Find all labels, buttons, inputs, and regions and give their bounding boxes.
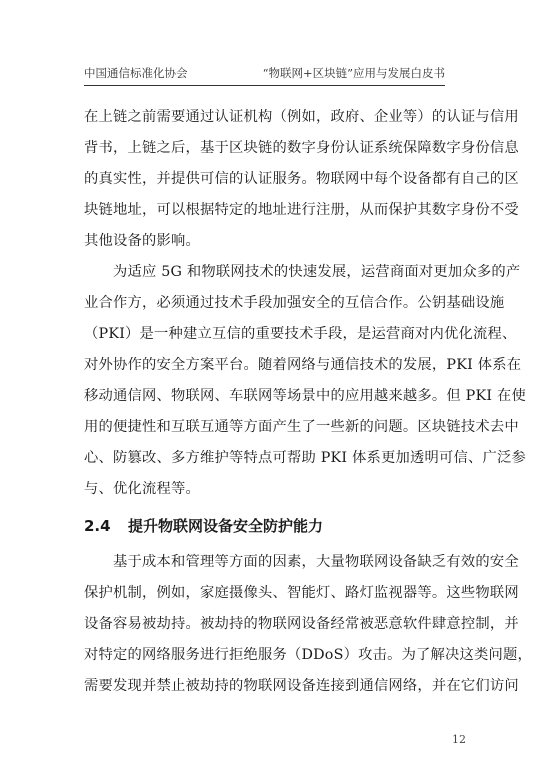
page-header: 中国通信标准化协会 “物联网+区块链”应用与发展白皮书: [84, 63, 445, 86]
text-line: 心、防篡改、多方维护等特点可帮助 PKI 体系更加透明可信、广泛参: [84, 443, 467, 474]
text-line: 需要发现并禁止被劫持的物联网设备连接到通信网络，并在它们访问: [84, 671, 467, 702]
text-line: 为适应 5G 和物联网技术的快速发展，运营商面对更加众多的产: [84, 257, 467, 288]
text-line: 用的便捷性和互联互通等方面产生了一些新的问题。区块链技术去中: [84, 412, 467, 443]
text-line: 的真实性，并提供可信的认证服务。物联网中每个设备都有自己的区: [84, 164, 467, 195]
text-line: 与、优化流程等。: [84, 474, 467, 505]
header-organization: 中国通信标准化协会: [84, 65, 188, 81]
section-title: 提升物联网设备安全防护能力: [128, 517, 323, 535]
page-number: 12: [452, 733, 466, 746]
paragraph: 在上链之前需要通过认证机构（例如，政府、企业等）的认证与信用 背书，上链之后，基…: [84, 102, 467, 257]
text-line: 移动通信网、物联网、车联网等场景中的应用越来越多。但 PKI 在使: [84, 381, 467, 412]
paragraph: 为适应 5G 和物联网技术的快速发展，运营商面对更加众多的产 业合作方，必须通过…: [84, 257, 467, 505]
text-line: 基于成本和管理等方面的因素，大量物联网设备缺乏有效的安全: [84, 547, 467, 578]
text-line: 保护机制，例如，家庭摄像头、智能灯、路灯监视器等。这些物联网: [84, 578, 467, 609]
paragraph: 基于成本和管理等方面的因素，大量物联网设备缺乏有效的安全 保护机制，例如，家庭摄…: [84, 547, 467, 702]
text-line: （PKI）是一种建立互信的重要技术手段，是运营商对内优化流程、: [84, 319, 467, 350]
section-heading: 2.4提升物联网设备安全防护能力: [84, 505, 467, 547]
header-document-title: “物联网+区块链”应用与发展白皮书: [263, 65, 445, 81]
text-line: 其他设备的影响。: [84, 226, 467, 257]
text-line: 在上链之前需要通过认证机构（例如，政府、企业等）的认证与信用: [84, 102, 467, 133]
text-line: 背书，上链之后，基于区块链的数字身份认证系统保障数字身份信息: [84, 133, 467, 164]
text-line: 业合作方，必须通过技术手段加强安全的互信合作。公钥基础设施: [84, 288, 467, 319]
section-number: 2.4: [84, 505, 128, 547]
text-line: 对外协作的安全方案平台。随着网络与通信技术的发展，PKI 体系在: [84, 350, 467, 381]
text-line: 对特定的网络服务进行拒绝服务（DDoS）攻击。为了解决这类问题，: [84, 640, 467, 671]
page-body: 在上链之前需要通过认证机构（例如，政府、企业等）的认证与信用 背书，上链之后，基…: [84, 102, 467, 702]
text-line: 设备容易被劫持。被劫持的物联网设备经常被恶意软件肆意控制，并: [84, 609, 467, 640]
text-line: 块链地址，可以根据特定的地址进行注册，从而保护其数字身份不受: [84, 195, 467, 226]
